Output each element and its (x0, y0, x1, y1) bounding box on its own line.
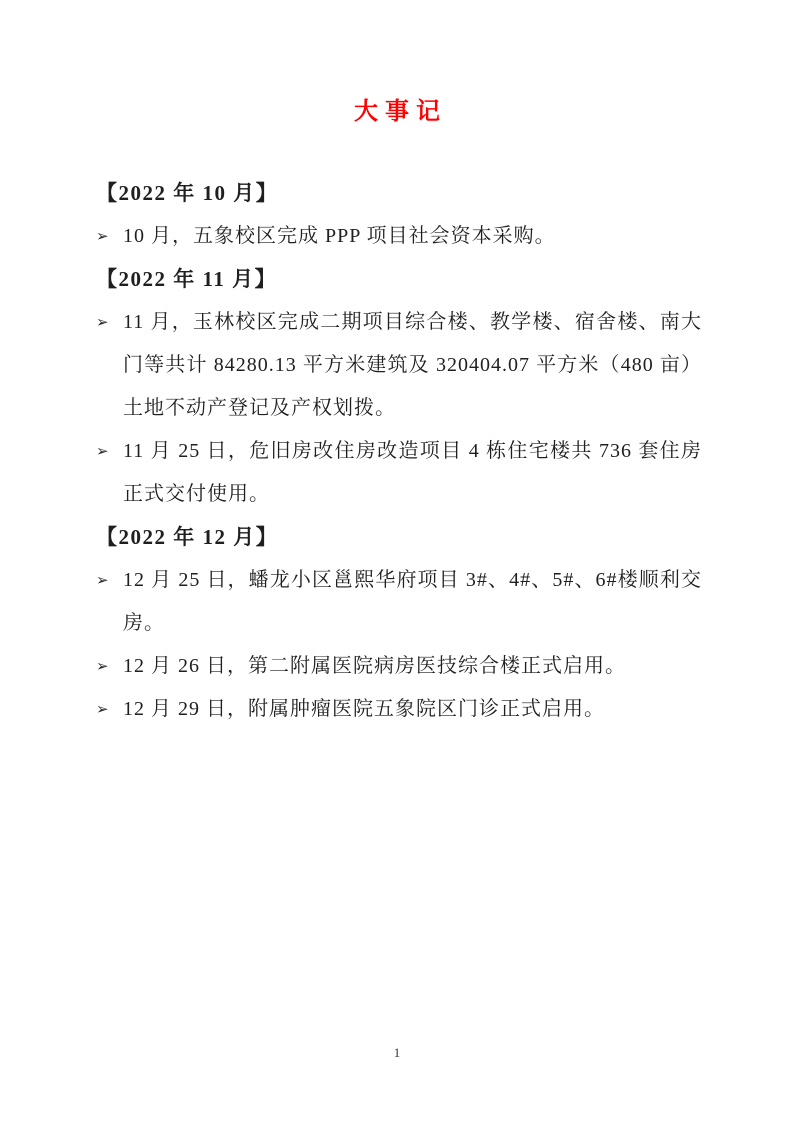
arrow-bullet-icon: ➢ (96, 560, 109, 603)
event-text: 11 月，玉林校区完成二期项目综合楼、教学楼、宿舍楼、南大门等共计 84280.… (123, 311, 702, 419)
event-text: 12 月 25 日，蟠龙小区邕熙华府项目 3#、4#、5#、6#楼顺利交房。 (123, 569, 702, 634)
arrow-bullet-icon: ➢ (96, 216, 109, 259)
section-heading: 【2022 年 11 月】 (96, 258, 702, 301)
event-item: ➢ 11 月 25 日，危旧房改住房改造项目 4 栋住宅楼共 736 套住房正式… (96, 430, 702, 516)
event-text: 12 月 29 日，附属肿瘤医院五象院区门诊正式启用。 (123, 698, 605, 720)
content-area: 【2022 年 10 月】 ➢ 10 月，五象校区完成 PPP 项目社会资本采购… (96, 172, 702, 731)
document-page: 大事记 【2022 年 10 月】 ➢ 10 月，五象校区完成 PPP 项目社会… (0, 0, 794, 1123)
page-number: 1 (0, 1045, 794, 1061)
month-section: 【2022 年 12 月】 ➢ 12 月 25 日，蟠龙小区邕熙华府项目 3#、… (96, 516, 702, 731)
arrow-bullet-icon: ➢ (96, 302, 109, 345)
event-item: ➢ 12 月 25 日，蟠龙小区邕熙华府项目 3#、4#、5#、6#楼顺利交房。 (96, 559, 702, 645)
arrow-bullet-icon: ➢ (96, 431, 109, 474)
arrow-bullet-icon: ➢ (96, 689, 109, 732)
section-heading: 【2022 年 12 月】 (96, 516, 702, 559)
page-title: 大事记 (0, 0, 794, 126)
month-section: 【2022 年 11 月】 ➢ 11 月，玉林校区完成二期项目综合楼、教学楼、宿… (96, 258, 702, 516)
month-section: 【2022 年 10 月】 ➢ 10 月，五象校区完成 PPP 项目社会资本采购… (96, 172, 702, 258)
event-text: 12 月 26 日，第二附属医院病房医技综合楼正式启用。 (123, 655, 626, 677)
event-text: 11 月 25 日，危旧房改住房改造项目 4 栋住宅楼共 736 套住房正式交付… (123, 440, 702, 505)
event-item: ➢ 12 月 26 日，第二附属医院病房医技综合楼正式启用。 (96, 645, 702, 688)
event-text: 10 月，五象校区完成 PPP 项目社会资本采购。 (123, 225, 556, 247)
section-heading: 【2022 年 10 月】 (96, 172, 702, 215)
event-item: ➢ 10 月，五象校区完成 PPP 项目社会资本采购。 (96, 215, 702, 258)
event-item: ➢ 11 月，玉林校区完成二期项目综合楼、教学楼、宿舍楼、南大门等共计 8428… (96, 301, 702, 430)
arrow-bullet-icon: ➢ (96, 646, 109, 689)
event-item: ➢ 12 月 29 日，附属肿瘤医院五象院区门诊正式启用。 (96, 688, 702, 731)
